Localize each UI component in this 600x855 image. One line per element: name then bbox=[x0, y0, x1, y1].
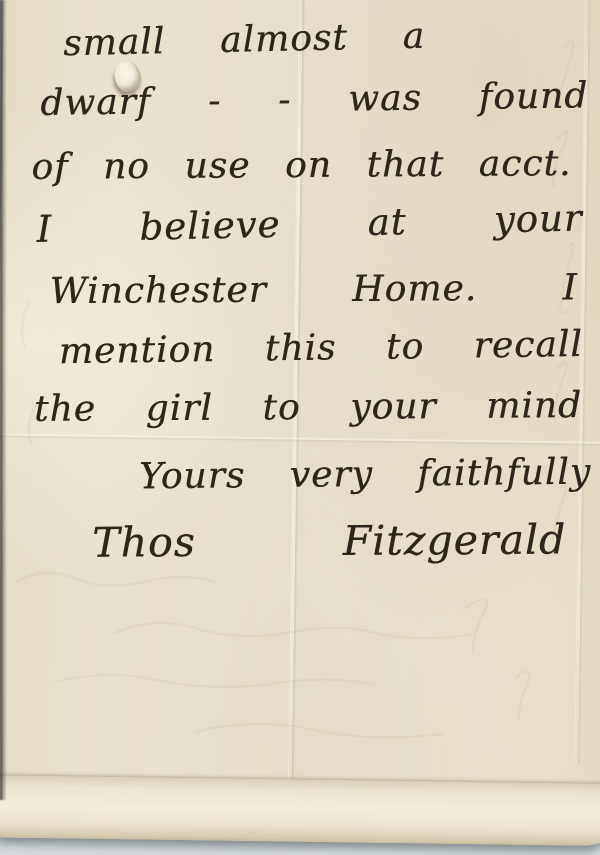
letter-closing: Yours very faithfully bbox=[139, 453, 591, 497]
letter-line: small almost a bbox=[63, 17, 426, 64]
letter-line: of no use on that acct. bbox=[31, 144, 571, 187]
letter-line: dwarf - - was found bbox=[40, 76, 588, 123]
rolled-bottom-edge bbox=[0, 775, 600, 846]
horizontal-fold-crease bbox=[0, 433, 600, 444]
letter-line: I believe at your bbox=[36, 199, 583, 251]
scan-left-edge-shadow bbox=[0, 0, 7, 800]
letter-line: the girl to your mind bbox=[34, 386, 582, 429]
letter-signature: Thos Fitzgerald bbox=[92, 517, 566, 565]
scanned-letter-page: small almost a dwarf - - was found of no… bbox=[0, 0, 600, 855]
letter-paper-sheet: small almost a dwarf - - was found of no… bbox=[0, 0, 600, 846]
letter-line: Winchester Home. I bbox=[50, 268, 578, 311]
letter-line: mention this to recall bbox=[59, 325, 584, 372]
